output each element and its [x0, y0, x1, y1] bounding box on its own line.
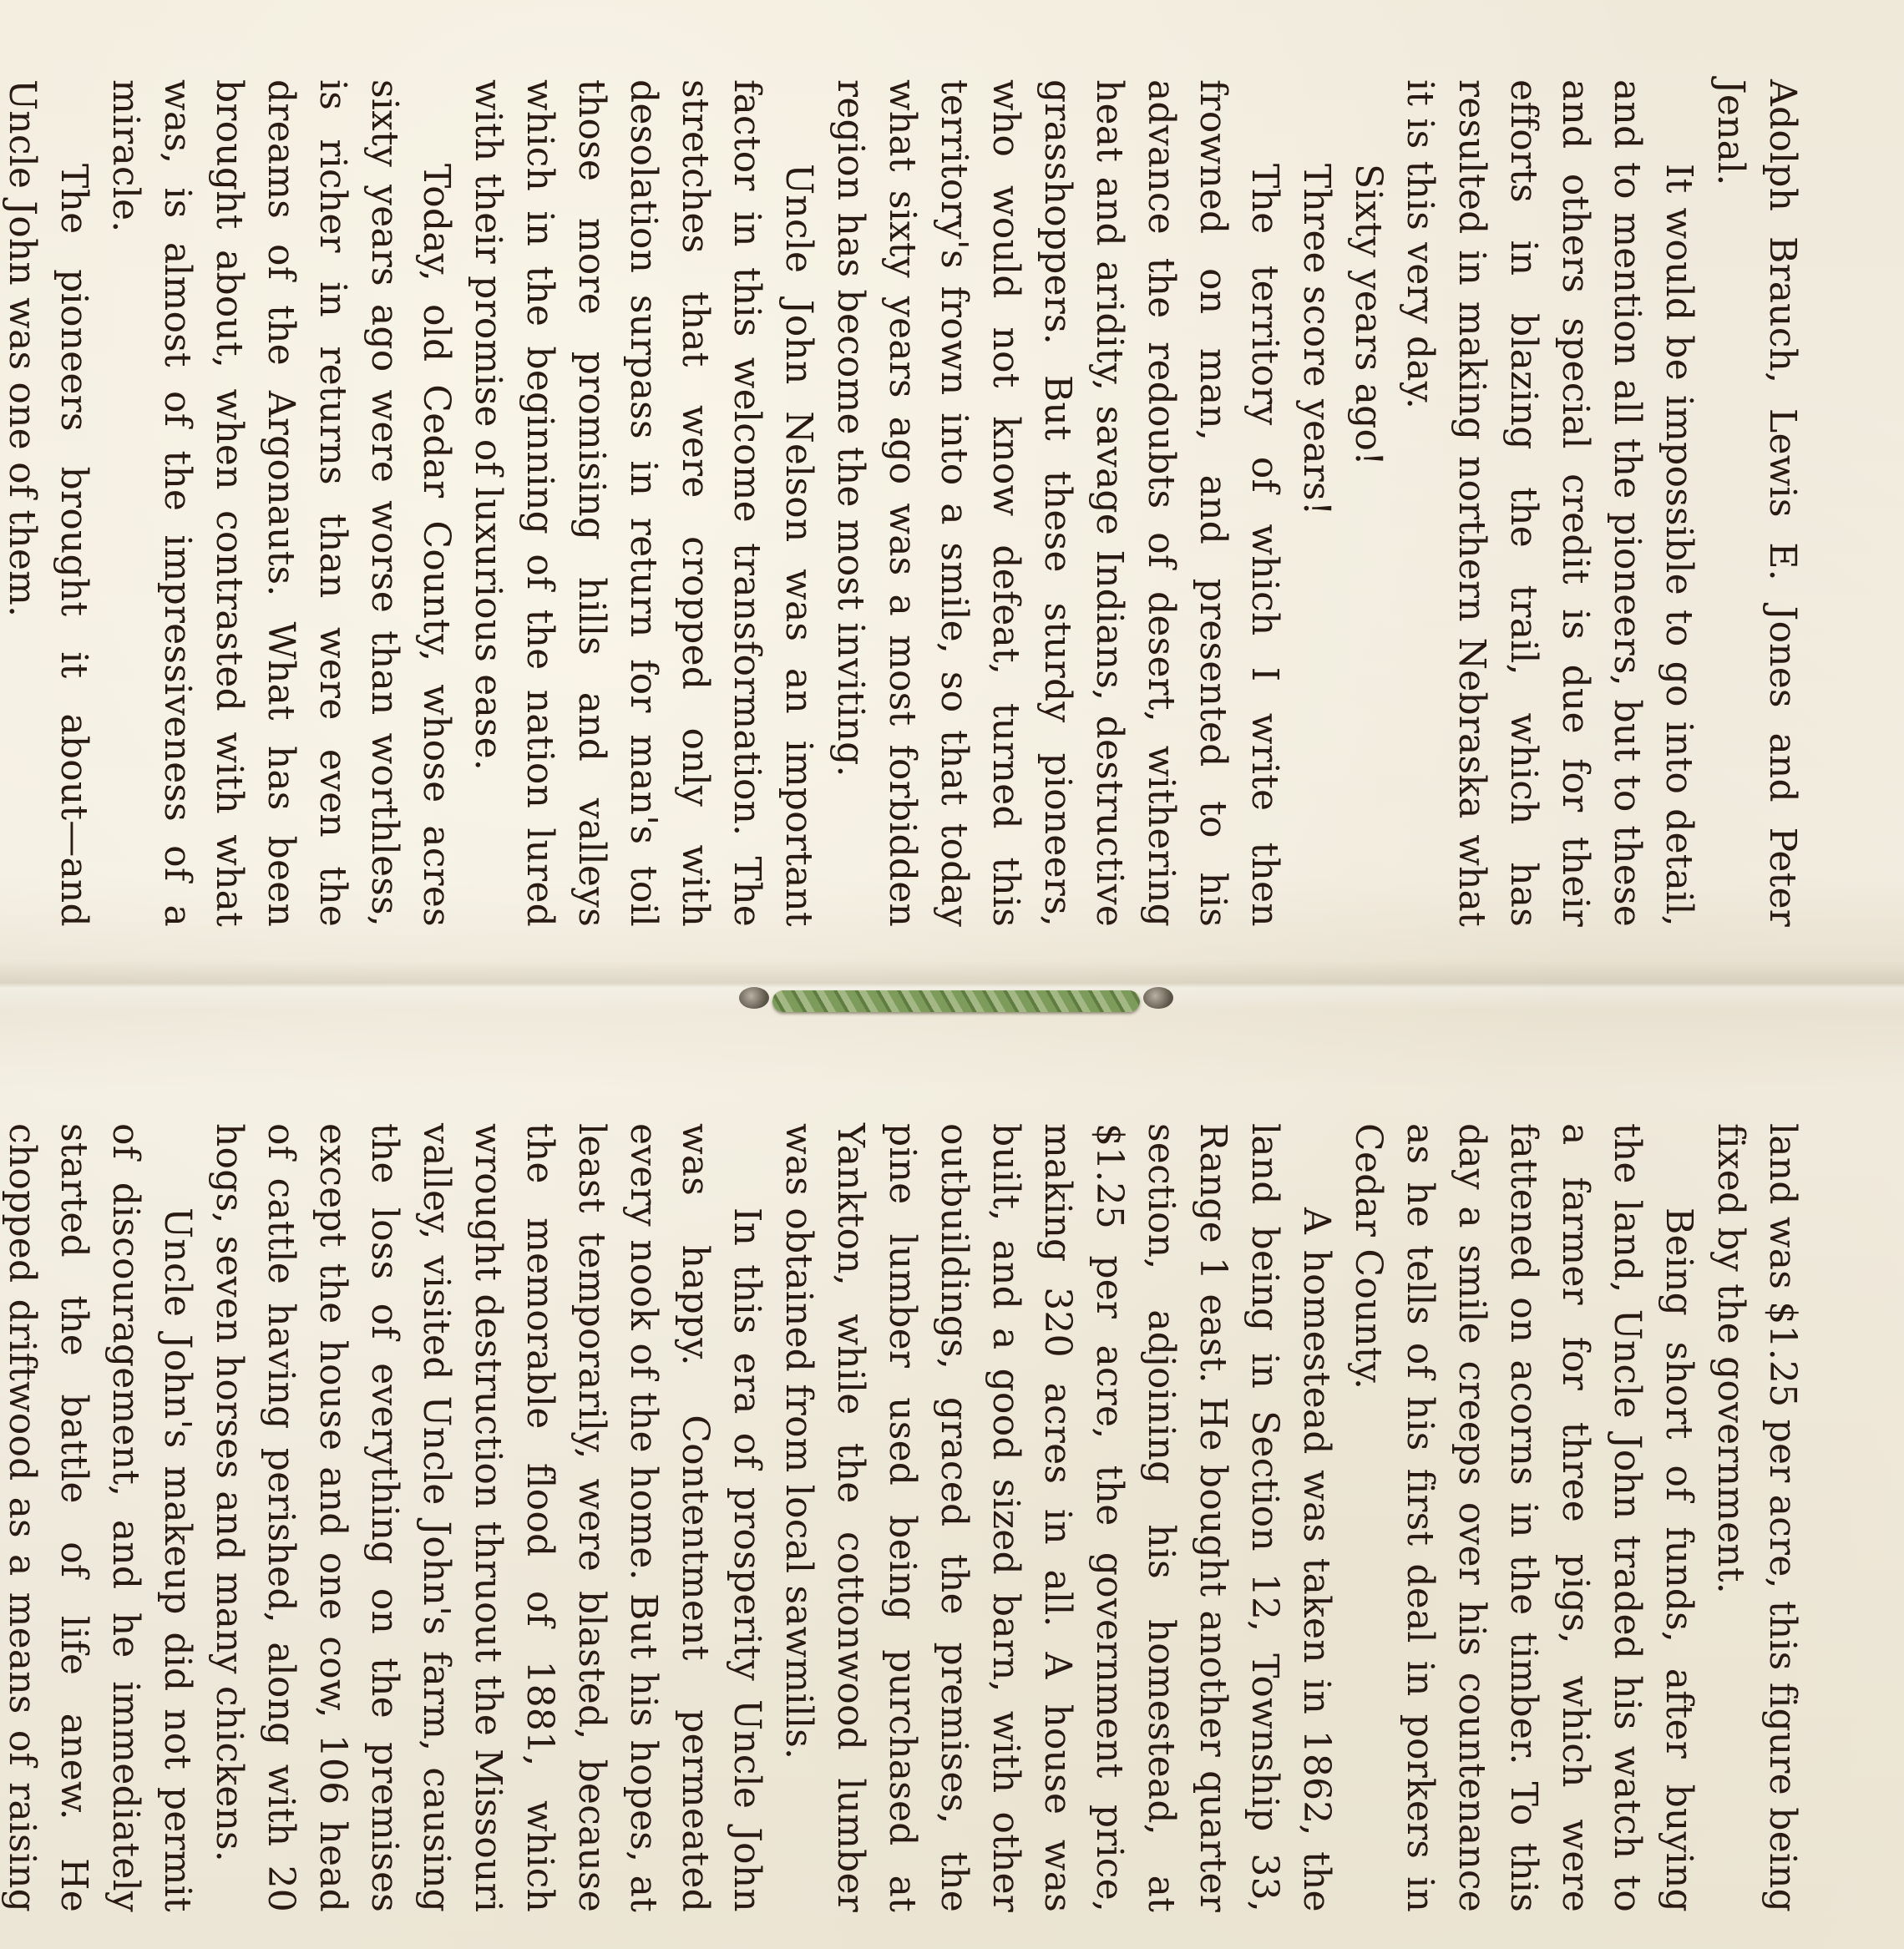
- binding-cord: [739, 984, 1173, 1019]
- paragraph: The pioneers brought it about—and Uncle …: [0, 79, 99, 927]
- top-page-text: Adolph Brauch, Lewis E. Jones and Peter …: [0, 79, 1808, 927]
- paragraph: Uncle John Nelson was an important facto…: [462, 79, 824, 927]
- paragraph: Adolph Brauch, Lewis E. Jones and Peter …: [1704, 79, 1808, 927]
- stitch-hole-left: [739, 987, 769, 1009]
- paragraph: Uncle John's makeup did not permit of di…: [0, 1123, 203, 1912]
- bottom-page-text: land was $1.25 per acre, this figure bei…: [0, 1123, 1808, 1912]
- paragraph: Three score years!: [1290, 79, 1342, 927]
- paragraph: A homestead was taken in 1862, the land …: [772, 1123, 1342, 1912]
- paragraph: Being short of funds, after buying the l…: [1342, 1123, 1704, 1912]
- paragraph: In this era of prosperity Uncle John was…: [203, 1123, 772, 1912]
- paragraph: Today, old Cedar County, whose acres six…: [99, 79, 462, 927]
- paragraph: It would be impossible to go into detail…: [1394, 79, 1704, 927]
- paragraph: Sixty years ago!: [1342, 79, 1394, 927]
- paragraph: The territory of which I write then frow…: [824, 79, 1290, 927]
- stitch-hole-right: [1143, 987, 1173, 1009]
- green-cord: [772, 990, 1140, 1012]
- paragraph: land was $1.25 per acre, this figure bei…: [1704, 1123, 1808, 1912]
